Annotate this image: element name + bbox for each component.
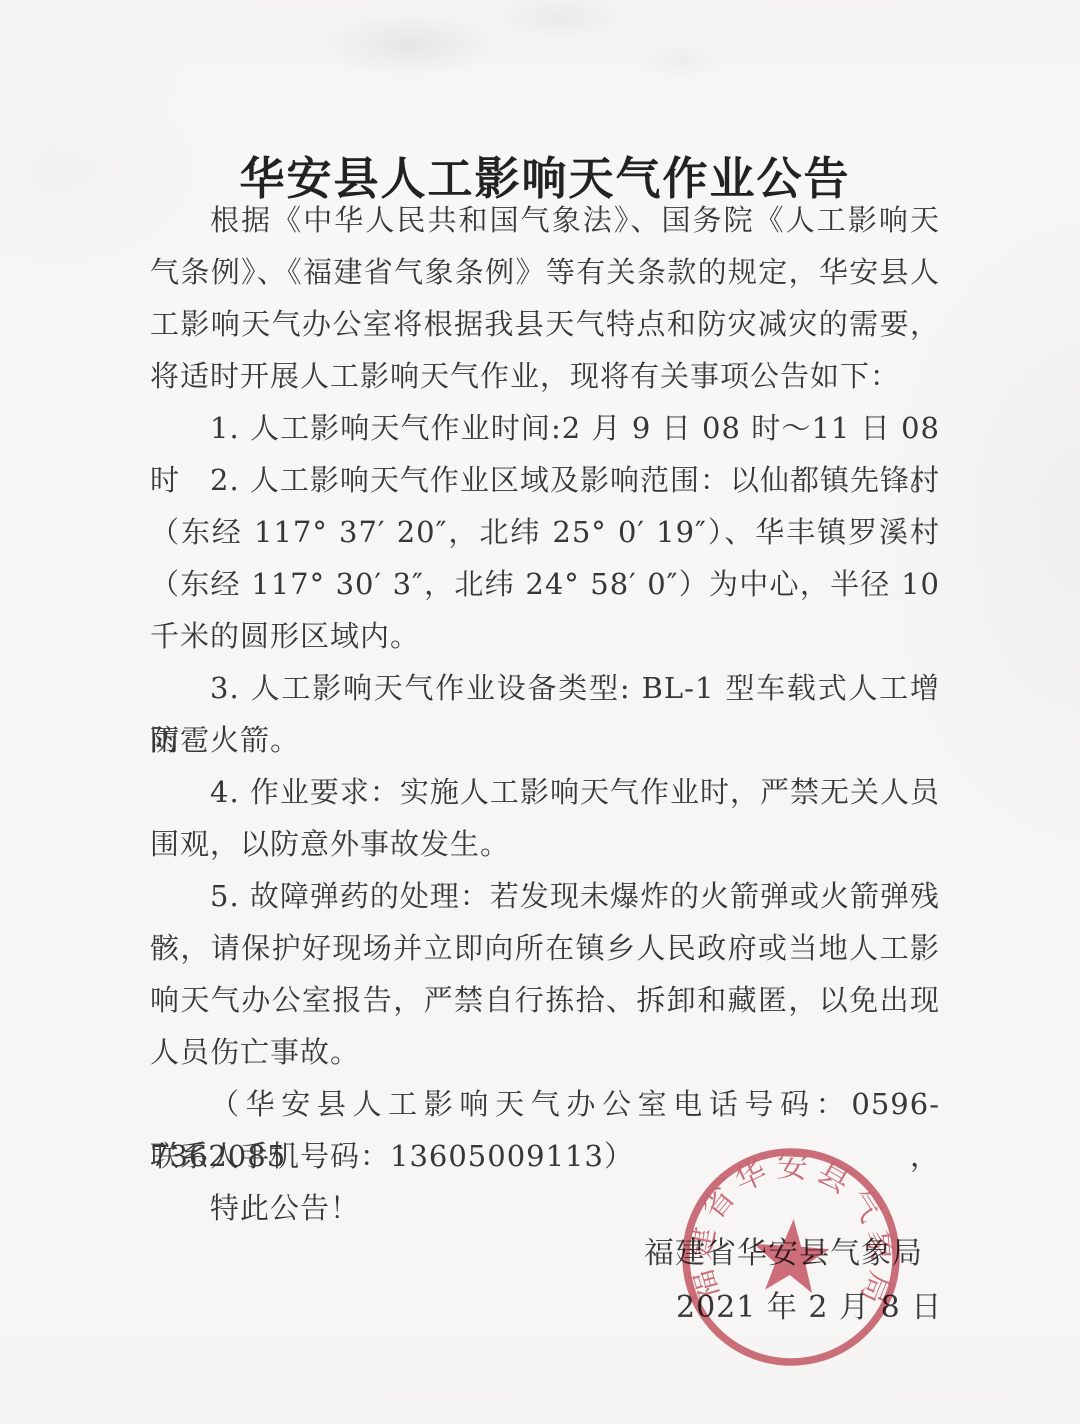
body-line: 骸，请保护好现场并立即向所在镇乡人民政府或当地人工影 <box>150 922 940 974</box>
seal-star <box>751 1216 832 1294</box>
body-line: （东经 117° 37′ 20″，北纬 25° 0′ 19″）、华丰镇罗溪村 <box>150 506 940 558</box>
body-line: 围观，以防意外事故发生。 <box>150 818 940 870</box>
body-line: 防雹火箭。 <box>150 714 940 766</box>
body-line: 1. 人工影响天气作业时间:2 月 9 日 08 时～11 日 08 时。 <box>150 402 940 454</box>
body-line: 人员伤亡事故。 <box>150 1026 940 1078</box>
body-line: （华安县人工影响天气办公室电话号码：0596-7362085， <box>150 1078 940 1130</box>
body-line: 工影响天气办公室将根据我县天气特点和防灾减灾的需要， <box>150 298 940 350</box>
body-line: 响天气办公室报告，严禁自行拣拾、拆卸和藏匿，以免出现 <box>150 974 940 1026</box>
body-line: 5. 故障弹药的处理：若发现未爆炸的火箭弹或火箭弹残 <box>150 870 940 922</box>
body-line: （东经 117° 30′ 3″，北纬 24° 58′ 0″）为中心，半径 10 <box>150 558 940 610</box>
body-line: 千米的圆形区域内。 <box>150 610 940 662</box>
scanned-notice-page: 华安县人工影响天气作业公告 根据《中华人民共和国气象法》、国务院《人工影响天 气… <box>0 0 1080 1424</box>
body-line: 根据《中华人民共和国气象法》、国务院《人工影响天 <box>150 194 940 246</box>
body-line: 将适时开展人工影响天气作业，现将有关事项公告如下： <box>150 350 940 402</box>
body-line: 3. 人工影响天气作业设备类型: BL-1 型车载式人工增雨 <box>150 662 940 714</box>
official-seal: 福建省华安县气象局 <box>651 1117 931 1397</box>
body-line: 4. 作业要求：实施人工影响天气作业时，严禁无关人员 <box>150 766 940 818</box>
body-line: 气条例》、《福建省气象条例》等有关条款的规定，华安县人 <box>150 246 940 298</box>
document-body: 根据《中华人民共和国气象法》、国务院《人工影响天 气条例》、《福建省气象条例》等… <box>150 194 940 1234</box>
body-line: 2. 人工影响天气作业区域及影响范围：以仙都镇先锋村 <box>150 454 940 506</box>
